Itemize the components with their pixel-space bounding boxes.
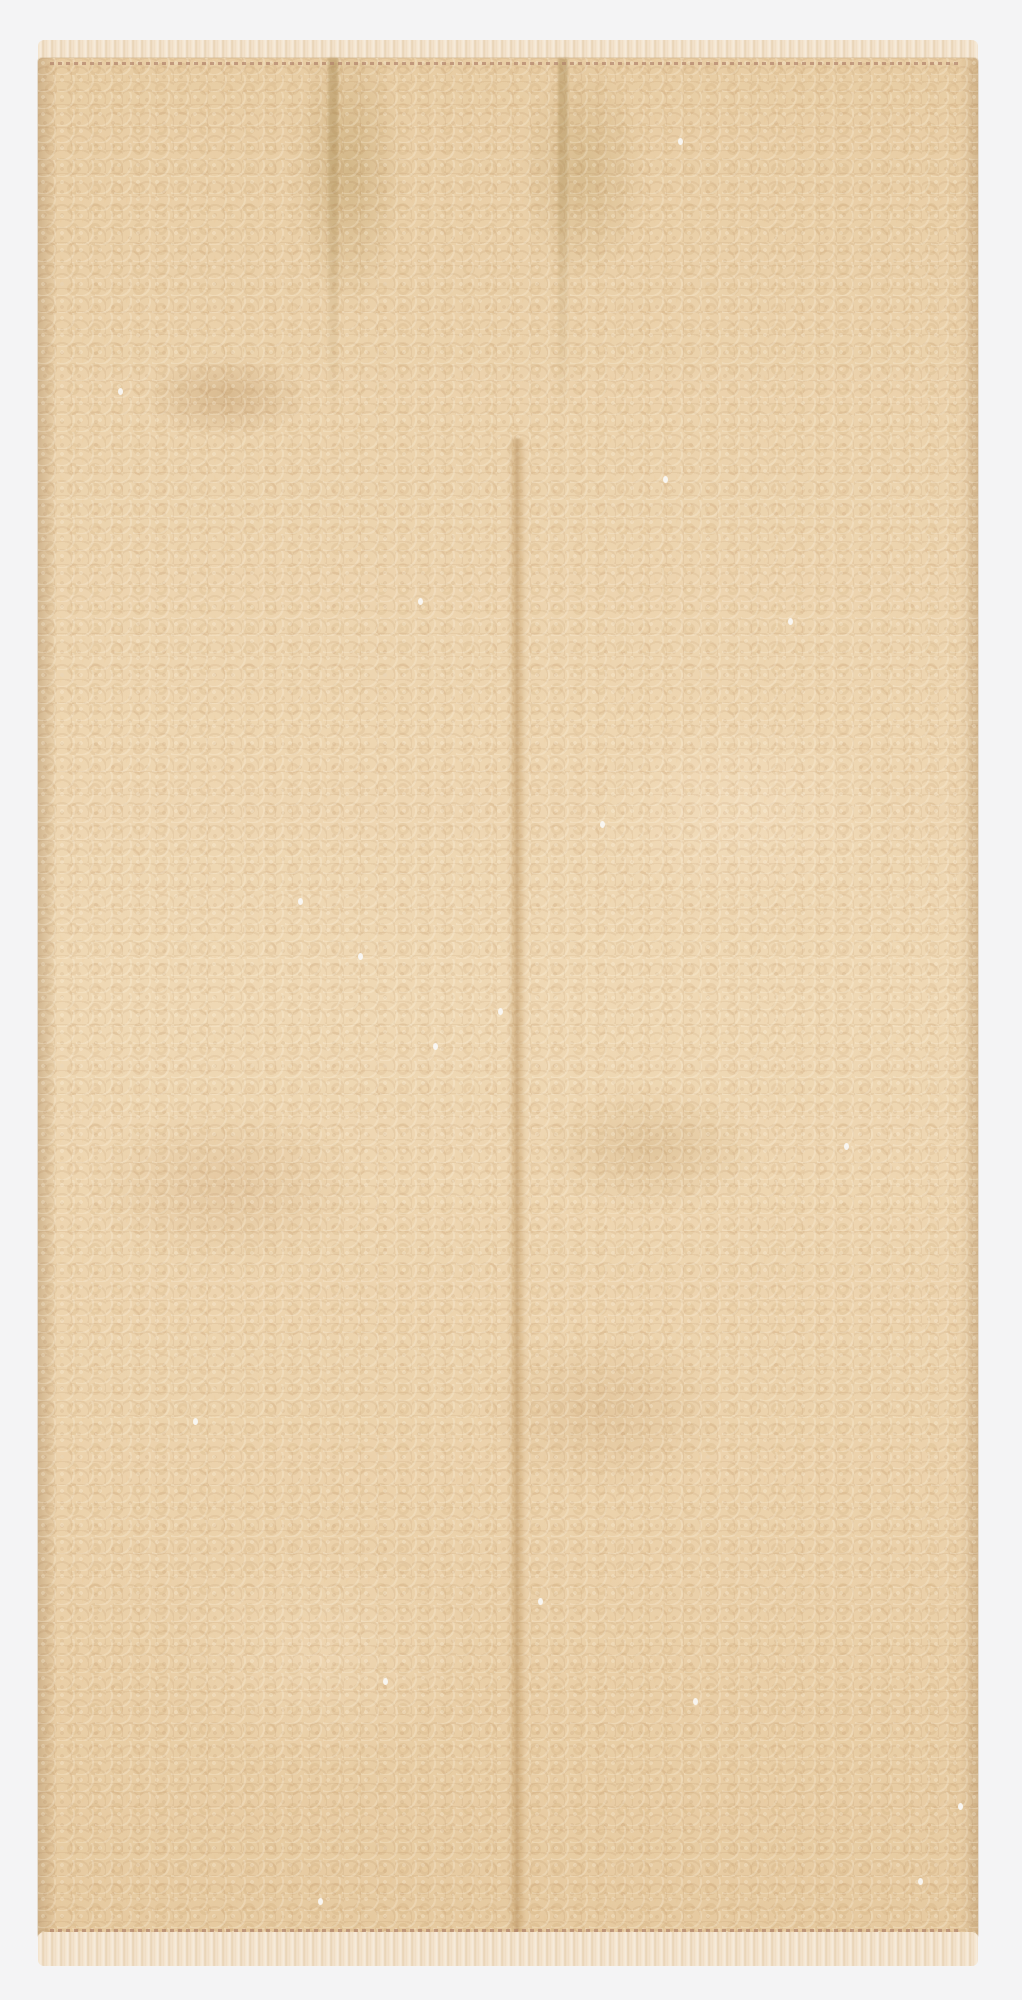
rug-speck xyxy=(318,1898,323,1905)
rug-speck xyxy=(788,618,793,625)
rug-speck xyxy=(844,1143,849,1150)
rug-speck xyxy=(538,1598,543,1605)
rug-speck xyxy=(298,898,303,905)
shag-rug xyxy=(38,58,978,1938)
rug-speck xyxy=(918,1878,923,1885)
bottom-fringe xyxy=(38,1932,978,1966)
rug-fold-line xyxy=(558,58,568,418)
rug-center-seam xyxy=(508,438,526,1938)
rug-speck xyxy=(193,1418,198,1425)
product-photo xyxy=(0,0,1022,2000)
rug-speck xyxy=(418,598,423,605)
rug-speck xyxy=(118,388,123,395)
top-stitch-line xyxy=(50,62,960,65)
rug-speck xyxy=(693,1698,698,1705)
rug-speck xyxy=(678,138,683,145)
rug-speck xyxy=(358,953,363,960)
rug-speck xyxy=(958,1803,963,1810)
rug-speck xyxy=(383,1678,388,1685)
rug-speck xyxy=(600,821,605,828)
bottom-stitch-line xyxy=(50,1929,960,1932)
rug-speck xyxy=(433,1043,438,1050)
rug-speck xyxy=(663,476,668,483)
rug-speck xyxy=(498,1008,503,1015)
rug-fold-line xyxy=(328,58,338,418)
